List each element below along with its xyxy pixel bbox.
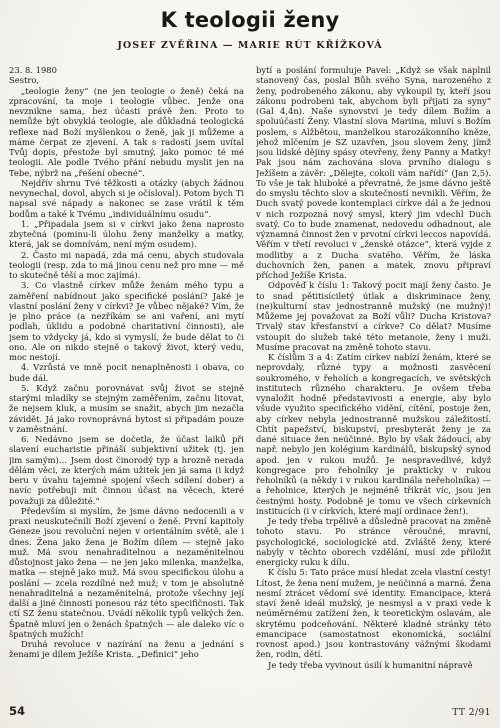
numbered-item-6: 6. Nedávno jsem se dočetla, že účast lai… <box>9 434 244 506</box>
paragraph: Především si myslím, že jsme dávno nedoc… <box>9 506 244 639</box>
article-title: K teologii ženy <box>9 8 491 32</box>
paragraph: bytí a poslání formuluje Pavel: „Když se… <box>256 65 491 280</box>
letter-date: 23. 8. 1980 <box>9 65 244 75</box>
left-column: 23. 8. 1980 Sestro, „teologie ženy“ (ne … <box>9 65 244 707</box>
numbered-item-2: 2. Často mi napadá, zda má cenu, abych s… <box>9 250 244 281</box>
numbered-item-5: 5. Když začnu porovnávat svůj život se s… <box>9 383 244 434</box>
article-authors: JOSEF ZVĚŘINA — MARIE RÚT KŘÍŽKOVÁ <box>9 40 491 51</box>
issue-label: TT 2/91 <box>452 708 491 718</box>
paragraph: Nejdřív shrnu Tvé těžkosti a otázky (aby… <box>9 178 244 219</box>
two-column-body: 23. 8. 1980 Sestro, „teologie ženy“ (ne … <box>9 65 491 707</box>
numbered-item-4: 4. Vzrůstá ve mně pocit nenaplněnosti i … <box>9 362 244 383</box>
numbered-item-1: 1. „Připadala jsem si v církvi jako žena… <box>9 219 244 250</box>
page-number: 54 <box>9 704 25 718</box>
paragraph: Je tedy třeba trpělivě a důsledně pracov… <box>256 516 491 567</box>
paragraph: Druhá revoluce v nazírání na ženu a jedn… <box>9 639 244 660</box>
numbered-item-3: 3. Co vlastně církev může ženám mého typ… <box>9 280 244 362</box>
answer-to-questions-3-4: K číslům 3 a 4: Zatím církev nabízí žená… <box>256 352 491 516</box>
answer-to-question-1: Odpověď k číslu 1: Takový pocit mají žen… <box>256 280 491 352</box>
salutation: Sestro, <box>9 75 244 85</box>
magazine-page: K teologii ženy JOSEF ZVĚŘINA — MARIE RÚ… <box>0 0 500 728</box>
right-column: bytí a poslání formuluje Pavel: „Když se… <box>256 65 491 707</box>
paragraph: Je tedy třeba vyvinout úsilí k humanitní… <box>256 660 491 670</box>
answer-to-question-5: K číslu 5: Tato práce musí hledat zcela … <box>256 567 491 659</box>
page-footer: 54 TT 2/91 <box>9 704 491 718</box>
paragraph: „teologie ženy“ (ne jen teologie o ženě)… <box>9 86 244 178</box>
